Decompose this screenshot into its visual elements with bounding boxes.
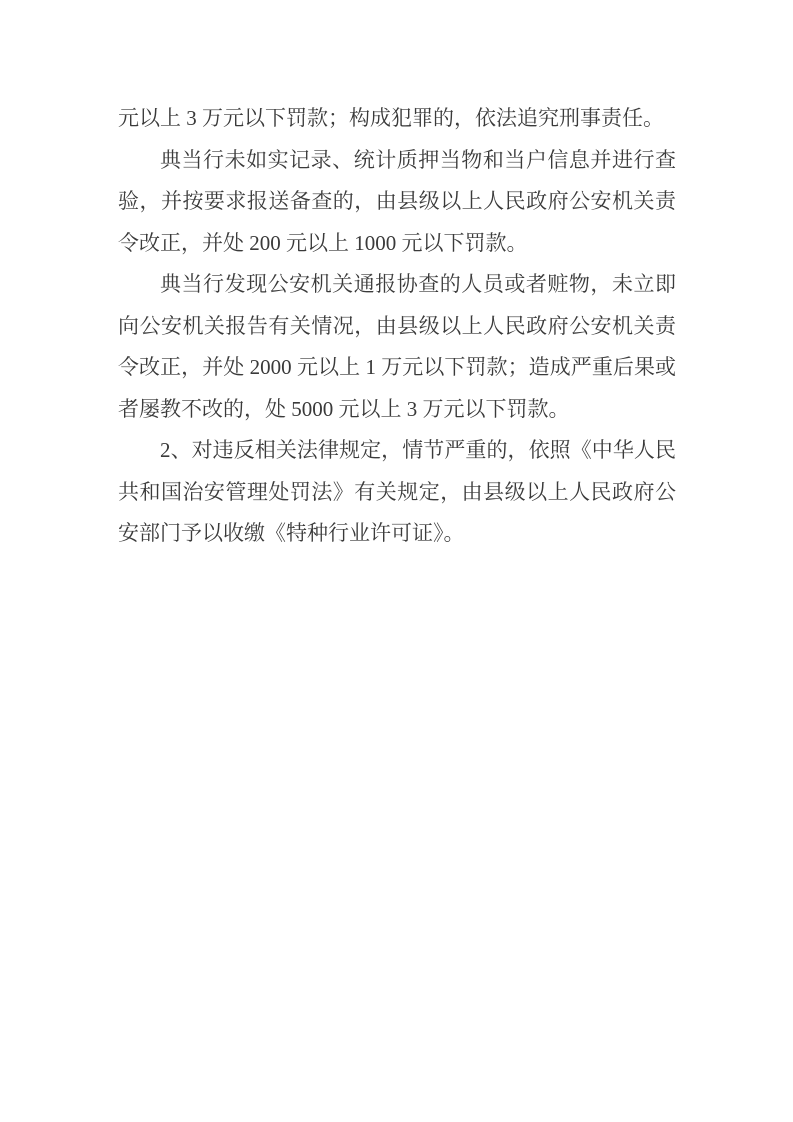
paragraph-pawnshop-report-penalty: 典当行发现公安机关通报协查的人员或者赃物，未立即向公安机关报告有关情况，由县级以… — [118, 264, 676, 430]
paragraph-pawnshop-record-penalty: 典当行未如实记录、统计质押当物和当户信息并进行查验，并按要求报送备查的，由县级以… — [118, 140, 676, 265]
paragraph-item-2-license-revocation: 2、对违反相关法律规定，情节严重的，依照《中华人民共和国治安管理处罚法》有关规定… — [118, 430, 676, 555]
document-page: 元以上 3 万元以下罚款；构成犯罪的，依法追究刑事责任。 典当行未如实记录、统计… — [0, 0, 793, 1122]
paragraph-continuation: 元以上 3 万元以下罚款；构成犯罪的，依法追究刑事责任。 — [118, 98, 676, 140]
document-body-text: 元以上 3 万元以下罚款；构成犯罪的，依法追究刑事责任。 典当行未如实记录、统计… — [118, 98, 676, 555]
